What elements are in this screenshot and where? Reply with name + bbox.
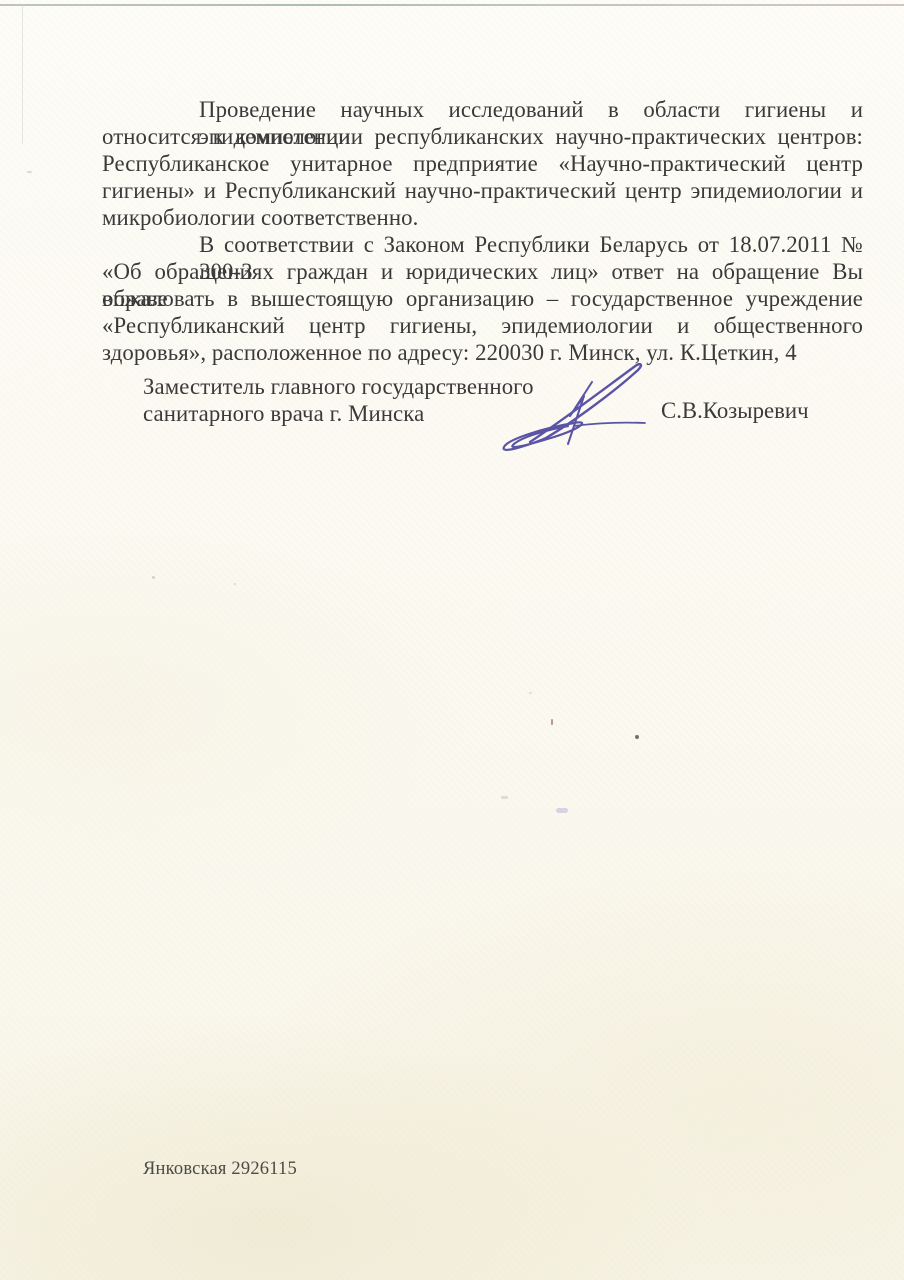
executor-note: Янковская 2926115	[143, 1158, 297, 1180]
paragraph-line: здоровья», расположенное по адресу: 2200…	[102, 339, 863, 366]
scan-speck	[529, 692, 532, 694]
paragraph-line: «Республиканский центр гигиены, эпидемио…	[102, 312, 863, 339]
paragraph-line: Проведение научных исследований в област…	[102, 96, 863, 123]
scan-speck	[551, 719, 553, 725]
scan-speck	[27, 171, 32, 173]
scan-speck	[501, 796, 508, 799]
paragraph-line: В соответствии с Законом Республики Бела…	[102, 231, 863, 258]
paragraph-line: относится к компетенции республиканских …	[102, 123, 863, 150]
scanned-letter-page: Проведение научных исследований в област…	[0, 0, 904, 1280]
handwritten-signature	[486, 350, 666, 460]
body-paragraph-2: В соответствии с Законом Республики Бела…	[102, 231, 863, 366]
paragraph-line: Республиканское унитарное предприятие «Н…	[102, 150, 863, 177]
scan-edge-line-left	[22, 6, 23, 144]
scan-speck	[234, 583, 236, 585]
scan-speck	[152, 576, 155, 579]
signer-name: С.В.Козыревич	[661, 397, 809, 424]
letter-body: Проведение научных исследований в област…	[102, 96, 863, 366]
paragraph-line: обжаловать в вышестоящую организацию – г…	[102, 285, 863, 312]
paragraph-line: «Об обращениях граждан и юридических лиц…	[102, 258, 863, 285]
scan-edge-line	[0, 4, 904, 6]
paragraph-line: микробиологии соответственно.	[102, 204, 863, 231]
scan-speck	[635, 735, 639, 739]
paragraph-line: гигиены» и Республиканский научно-практи…	[102, 177, 863, 204]
scan-speck	[556, 808, 568, 813]
body-paragraph-1: Проведение научных исследований в област…	[102, 96, 863, 231]
